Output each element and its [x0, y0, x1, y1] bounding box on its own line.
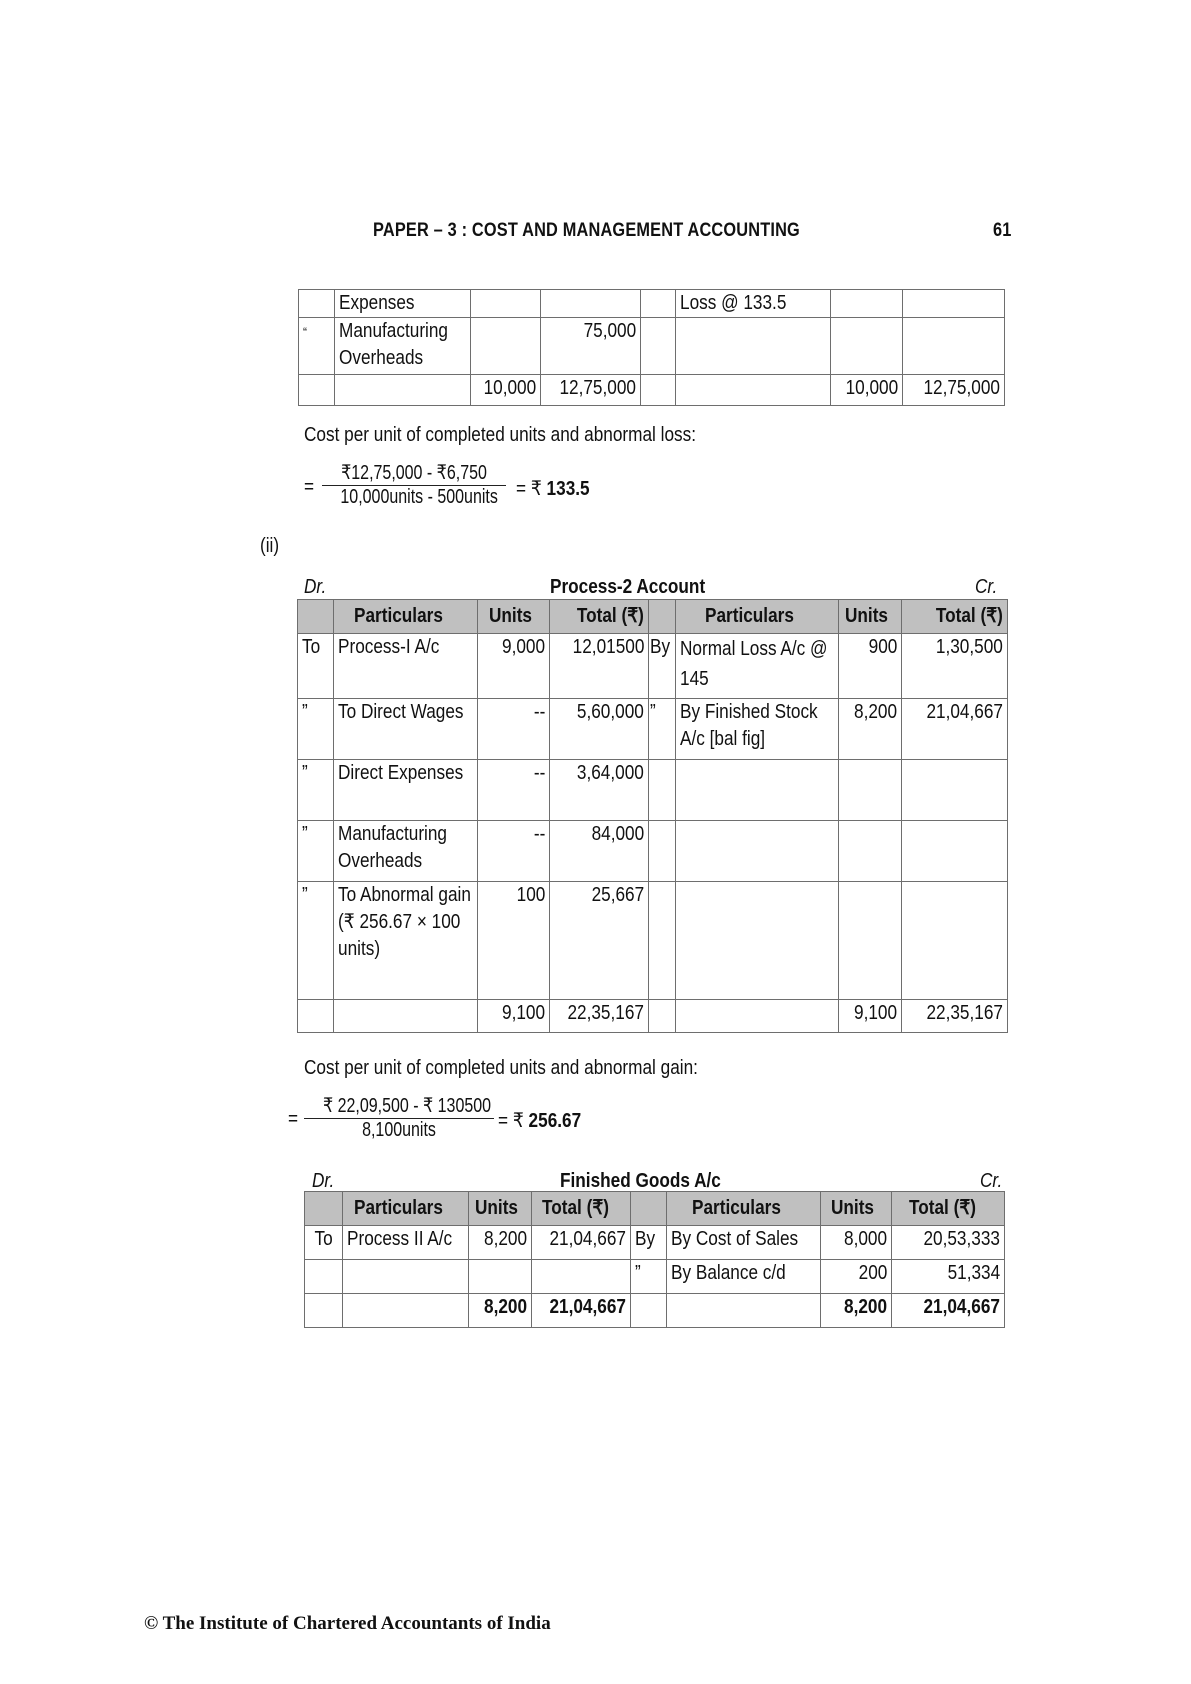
page-header-title: PAPER – 3 : COST AND MANAGEMENT ACCOUNTI… — [373, 220, 800, 242]
totals-row: 8,200 21,04,667 8,200 21,04,667 — [305, 1294, 1005, 1328]
table-header-row: Particulars Units Total (₹) Particulars … — [305, 1192, 1005, 1226]
calc2-label: Cost per unit of completed units and abn… — [304, 1057, 698, 1080]
table-row: ” Direct Expenses -- 3,64,000 — [298, 760, 1008, 821]
page-number: 61 — [993, 220, 1012, 242]
totals-row: 9,100 22,35,167 9,100 22,35,167 — [298, 1000, 1008, 1033]
table-row: Expenses Loss @ 133.5 — [299, 290, 1005, 318]
table-row: ” To Abnormal gain (₹ 256.67 × 100 units… — [298, 882, 1008, 1000]
table-row: ” To Direct Wages -- 5,60,000 ” By Finis… — [298, 699, 1008, 760]
table-row: ” Manufacturing Overheads -- 84,000 — [298, 821, 1008, 882]
table-row: ” By Balance c/d 200 51,334 — [305, 1260, 1005, 1294]
finished-goods-table: Particulars Units Total (₹) Particulars … — [304, 1191, 1005, 1328]
totals-row: 10,000 12,75,000 10,000 12,75,000 — [299, 375, 1005, 406]
calc1-numerator: ₹12,75,000 - ₹6,750 — [340, 460, 487, 485]
calc1-label: Cost per unit of completed units and abn… — [304, 424, 696, 447]
calc2-numerator: ₹ 22,09,500 - ₹ 130500 — [323, 1093, 475, 1118]
calc2-fraction: ₹ 22,09,500 - ₹ 130500 8,100units — [304, 1093, 494, 1142]
finished-goods-cr-label: Cr. — [980, 1170, 1002, 1193]
page-footer: © The Institute of Chartered Accountants… — [144, 1613, 551, 1635]
section-label-ii: (ii) — [260, 535, 279, 558]
calc1-equals: = — [304, 476, 314, 499]
process2-dr-label: Dr. — [304, 576, 326, 599]
table-row: “ Manufacturing Overheads 75,000 — [299, 318, 1005, 375]
process2-account-table: Particulars Units Total (₹) Particulars … — [297, 599, 1008, 1033]
calc1-fraction: ₹12,75,000 - ₹6,750 10,000units - 500uni… — [322, 460, 506, 509]
calc1-result: = ₹ 133.5 — [516, 476, 590, 501]
calc2-denominator: 8,100units — [323, 1119, 475, 1142]
calc2-equals: = — [288, 1108, 298, 1131]
finished-goods-title: Finished Goods A/c — [560, 1170, 721, 1193]
process1-account-continuation: Expenses Loss @ 133.5 “ Manufacturing Ov… — [298, 289, 1005, 406]
calc1-denominator: 10,000units - 500units — [340, 486, 487, 509]
calc2-result: = ₹ 256.67 — [498, 1108, 581, 1133]
process2-title: Process-2 Account — [550, 576, 705, 599]
table-header-row: Particulars Units Total (₹) Particulars … — [298, 600, 1008, 634]
table-row: To Process-I A/c 9,000 12,01500 By Norma… — [298, 634, 1008, 699]
finished-goods-dr-label: Dr. — [312, 1170, 334, 1193]
table-row: To Process II A/c 8,200 21,04,667 By By … — [305, 1226, 1005, 1260]
process2-cr-label: Cr. — [975, 576, 997, 599]
